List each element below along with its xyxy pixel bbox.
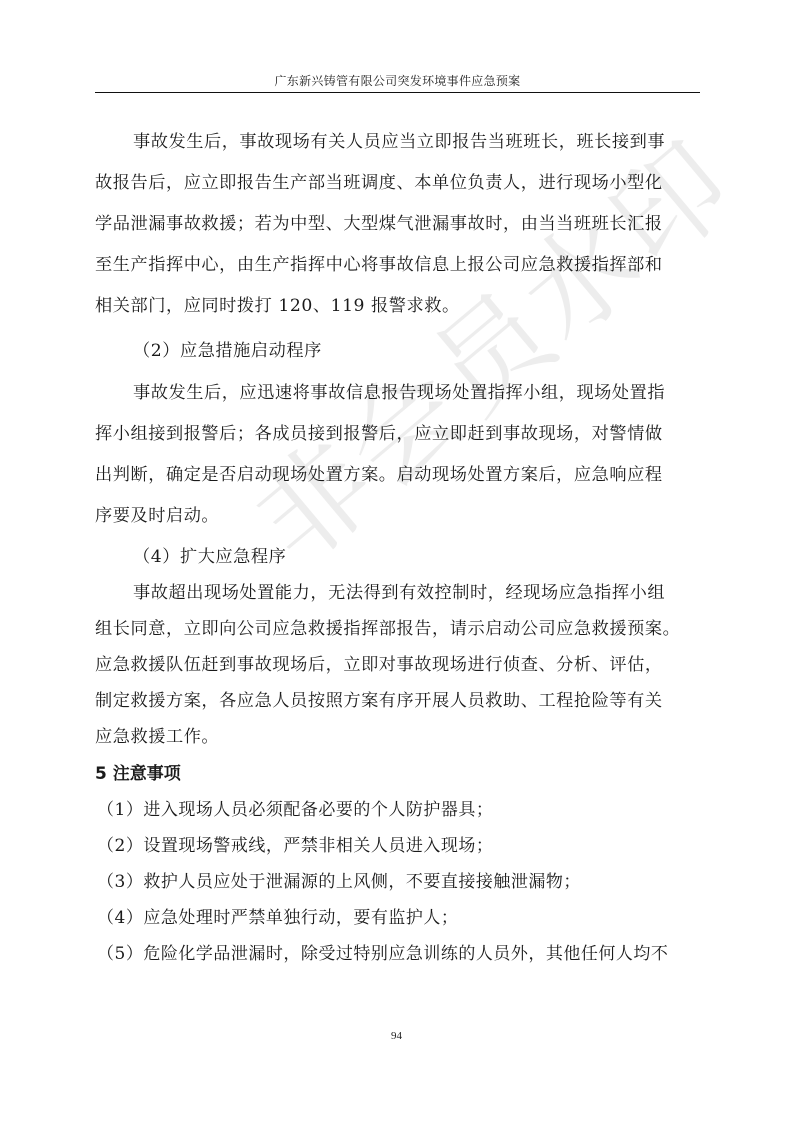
text-line: 序要及时启动。 <box>95 505 705 527</box>
text-line: 事故发生后，事故现场有关人员应当立即报告当班班长，班长接到事 <box>133 131 743 153</box>
text-line: 学品泄漏事故救援；若为中型、大型煤气泄漏事故时，由当当班班长汇报 <box>95 213 705 235</box>
list-item: （2）设置现场警戒线，严禁非相关人员进入现场； <box>97 835 493 857</box>
text-line: 组长同意，立即向公司应急救援指挥部报告，请示启动公司应急救援预案。 <box>95 618 705 640</box>
list-item: （1）进入现场人员必须配备必要的个人防护器具； <box>97 799 493 821</box>
text-line: 相关部门，应同时拨打 120、119 报警求救。 <box>95 295 705 317</box>
section-heading: 5 注意事项 <box>95 763 181 785</box>
text-line: 事故超出现场处置能力，无法得到有效控制时，经现场应急指挥小组 <box>133 582 743 604</box>
text-line: 至生产指挥中心，由生产指挥中心将事故信息上报公司应急救援指挥部和 <box>95 254 705 276</box>
text-line: 故报告后，应立即报告生产部当班调度、本单位负责人，进行现场小型化 <box>95 172 705 194</box>
text-line: 应急救援队伍赶到事故现场后，立即对事故现场进行侦查、分析、评估， <box>95 654 705 676</box>
list-item: （3）救护人员应处于泄漏源的上风侧，不要直接接触泄漏物； <box>97 871 581 893</box>
page-number: 94 <box>0 1030 793 1042</box>
subsection-heading: （2）应急措施启动程序 <box>133 340 743 362</box>
text-line: 应急救援工作。 <box>95 726 705 748</box>
page-header: 广东新兴铸管有限公司突发环境事件应急预案 <box>95 72 700 93</box>
text-line: 挥小组接到报警后；各成员接到报警后，应立即赶到事故现场，对警情做 <box>95 423 705 445</box>
subsection-heading: （4）扩大应急程序 <box>133 546 743 568</box>
list-item: （5）危险化学品泄漏时，除受过特别应急训练的人员外，其他任何人均不 <box>97 943 668 965</box>
document-title: 广东新兴铸管有限公司突发环境事件应急预案 <box>274 74 520 88</box>
list-item: （4）应急处理时严禁单独行动，要有监护人； <box>97 907 458 929</box>
text-line: 出判断，确定是否启动现场处置方案。启动现场处置方案后，应急响应程 <box>95 464 705 486</box>
text-line: 事故发生后，应迅速将事故信息报告现场处置指挥小组，现场处置指 <box>133 382 743 404</box>
text-line: 制定救援方案，各应急人员按照方案有序开展人员救助、工程抢险等有关 <box>95 690 705 712</box>
